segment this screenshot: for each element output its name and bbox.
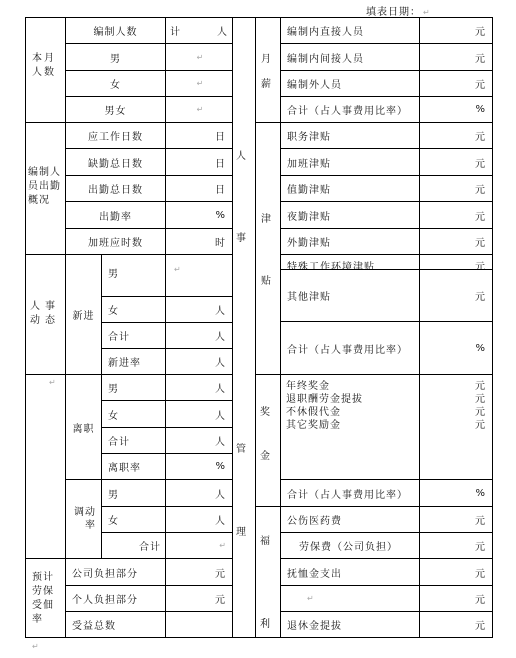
- resign-male-label: 男: [102, 375, 165, 400]
- paragraph-mark-icon: ↵: [423, 8, 430, 17]
- company-share-label: 公司负担部分: [66, 559, 165, 585]
- resign-female-value[interactable]: 人: [166, 401, 232, 427]
- field-allowance-value[interactable]: 元: [420, 229, 492, 254]
- duty-allowance-value[interactable]: 元: [420, 123, 492, 148]
- center-label-li: 理: [236, 523, 246, 538]
- transfer-male-label: 男: [102, 480, 165, 506]
- transfer-total-value[interactable]: ↵: [166, 533, 232, 558]
- absence-days-label: 缺勤总日数: [66, 149, 165, 175]
- night-allowance-value[interactable]: 元: [420, 202, 492, 228]
- salary-label-1: 月: [261, 50, 271, 65]
- headcount-male-value[interactable]: ↵: [166, 44, 232, 70]
- pension-relief-value[interactable]: 元: [420, 559, 492, 585]
- salary-direct-label: 编制内直接人员: [281, 18, 419, 43]
- bonus-item[interactable]: 其它奖励金元: [286, 419, 486, 432]
- allowance-label-1: 津: [261, 210, 271, 225]
- special-env-allowance-value[interactable]: 元: [420, 255, 492, 269]
- pension-relief-label: 抚恤金支出: [281, 559, 419, 585]
- bonus-item[interactable]: 年终奖金元: [286, 380, 486, 393]
- headcount-total-value[interactable]: ↵: [166, 97, 232, 122]
- allowance-total-value[interactable]: %: [420, 322, 492, 374]
- injury-medical-value[interactable]: 元: [420, 507, 492, 532]
- divider: [255, 374, 492, 375]
- bonus-label-2: 金: [260, 447, 270, 462]
- resign-male-value[interactable]: 人: [166, 375, 232, 400]
- table-bottom-border: [25, 637, 493, 638]
- fill-date-label: 填表日期：↵: [366, 3, 430, 18]
- headcount-total-label: 男女: [66, 97, 165, 122]
- bonus-total-value[interactable]: %: [420, 480, 492, 506]
- headcount-label-cell: 编制人数: [66, 18, 165, 43]
- salary-total-label: 合计（占人事费用比率）: [281, 97, 419, 122]
- divider: [232, 17, 233, 638]
- new-male-label: 男: [102, 255, 165, 296]
- overtime-allowance-label: 加班津贴: [281, 149, 419, 175]
- new-male-value[interactable]: ↵: [166, 255, 232, 296]
- attended-days-label: 出勤总日数: [66, 176, 165, 201]
- special-env-allowance-label: 特殊工作环境津贴: [281, 255, 419, 269]
- blank-welfare-label: ↵: [281, 586, 419, 611]
- night-allowance-label: 夜勤津贴: [281, 202, 419, 228]
- bonus-label-1: 奖: [260, 403, 270, 418]
- other-allowance-label: 其他津贴: [281, 270, 419, 321]
- personal-share-value[interactable]: 元: [166, 586, 232, 611]
- new-total-value[interactable]: 人: [166, 323, 232, 348]
- resign-rate-label: 离职率: [102, 454, 165, 479]
- field-allowance-label: 外勤津贴: [281, 229, 419, 254]
- allowance-total-label: 合计（占人事费用比率）: [281, 322, 419, 374]
- paragraph-mark-icon: ↵: [49, 378, 56, 387]
- retirement-label: 退休金提拔: [281, 612, 419, 637]
- center-label-guan: 管: [236, 440, 246, 455]
- overtime-hours-value[interactable]: 时: [166, 229, 232, 254]
- personnel-changes-label: 人事动态: [30, 300, 62, 328]
- welfare-label-1: 福: [260, 532, 270, 547]
- resignations-label: 离职: [66, 375, 101, 479]
- new-female-value[interactable]: 人: [166, 297, 232, 322]
- transfer-male-value[interactable]: 人: [166, 480, 232, 506]
- salary-indirect-value[interactable]: 元: [420, 44, 492, 70]
- bonus-item-list: 年终奖金元 退职酬劳金提拔元 不休假代金元 其它奖励金元: [286, 380, 486, 432]
- beneficiaries-label: 受益总数: [66, 612, 165, 637]
- overtime-allowance-value[interactable]: 元: [420, 149, 492, 175]
- bonus-item[interactable]: 退职酬劳金提拔元: [286, 393, 486, 406]
- salary-label-2: 薪: [261, 75, 271, 90]
- transfer-female-label: 女: [102, 507, 165, 532]
- new-rate-label: 新进率: [102, 349, 165, 374]
- resign-female-label: 女: [102, 401, 165, 427]
- duty-allowance-label: 职务津贴: [281, 123, 419, 148]
- bonus-total-label: 合计（占人事费用比率）: [281, 480, 419, 506]
- transfer-total-label: 合计: [102, 533, 165, 558]
- salary-direct-value[interactable]: 元: [420, 18, 492, 43]
- attended-days-value[interactable]: 日: [166, 176, 232, 201]
- allowance-label-2: 贴: [261, 272, 271, 287]
- salary-total-value[interactable]: %: [420, 97, 492, 122]
- attendance-rate-value[interactable]: %: [166, 202, 232, 228]
- salary-external-value[interactable]: 元: [420, 71, 492, 96]
- on-duty-allowance-label: 值勤津贴: [281, 176, 419, 201]
- paragraph-mark-icon: ↵: [32, 642, 39, 651]
- retirement-value[interactable]: 元: [420, 612, 492, 637]
- workdays-value[interactable]: 日: [166, 123, 232, 148]
- labor-insurance-value[interactable]: 元: [420, 533, 492, 558]
- headcount-value-cell[interactable]: 计人: [166, 18, 232, 43]
- new-rate-value[interactable]: 人: [166, 349, 232, 374]
- new-female-label: 女: [102, 297, 165, 322]
- transfer-female-value[interactable]: 人: [166, 507, 232, 532]
- resign-rate-value[interactable]: %: [166, 454, 232, 479]
- overtime-hours-label: 加班应时数: [66, 229, 165, 254]
- on-duty-allowance-value[interactable]: 元: [420, 176, 492, 201]
- monthly-headcount-label: 本月人数: [26, 18, 65, 122]
- new-total-label: 合计: [102, 323, 165, 348]
- other-allowance-value[interactable]: 元: [420, 270, 492, 321]
- workdays-label: 应工作日数: [66, 123, 165, 148]
- headcount-female-label: 女: [66, 71, 165, 96]
- center-label-ren: 人: [236, 147, 246, 162]
- company-share-value[interactable]: 元: [166, 559, 232, 585]
- center-label-shi: 事: [236, 229, 246, 244]
- headcount-female-value[interactable]: ↵: [166, 71, 232, 96]
- absence-days-value[interactable]: 日: [166, 149, 232, 175]
- insurance-label: 预计劳保受佃率: [32, 571, 60, 627]
- injury-medical-label: 公伤医药费: [281, 507, 419, 532]
- transfers-label: 调动率: [72, 506, 96, 532]
- bonus-item[interactable]: 不休假代金元: [286, 406, 486, 419]
- attendance-label: 编制人员出勤概况: [28, 166, 64, 208]
- salary-external-label: 编制外人员: [281, 71, 419, 96]
- headcount-male-label: 男: [66, 44, 165, 70]
- labor-insurance-label: 劳保费（公司负担）: [281, 533, 419, 558]
- salary-indirect-label: 编制内间接人员: [281, 44, 419, 70]
- attendance-rate-label: 出勤率: [66, 202, 165, 228]
- new-hires-label: 新进: [66, 255, 101, 374]
- divider: [255, 17, 256, 638]
- beneficiaries-value[interactable]: [166, 612, 232, 637]
- personal-share-label: 个人负担部分: [66, 586, 165, 611]
- resign-total-value[interactable]: 人: [166, 428, 232, 453]
- blank-welfare-value[interactable]: 元: [420, 586, 492, 611]
- welfare-label-2: 利: [260, 615, 270, 630]
- resign-total-label: 合计: [102, 428, 165, 453]
- table-right-border: [492, 17, 493, 638]
